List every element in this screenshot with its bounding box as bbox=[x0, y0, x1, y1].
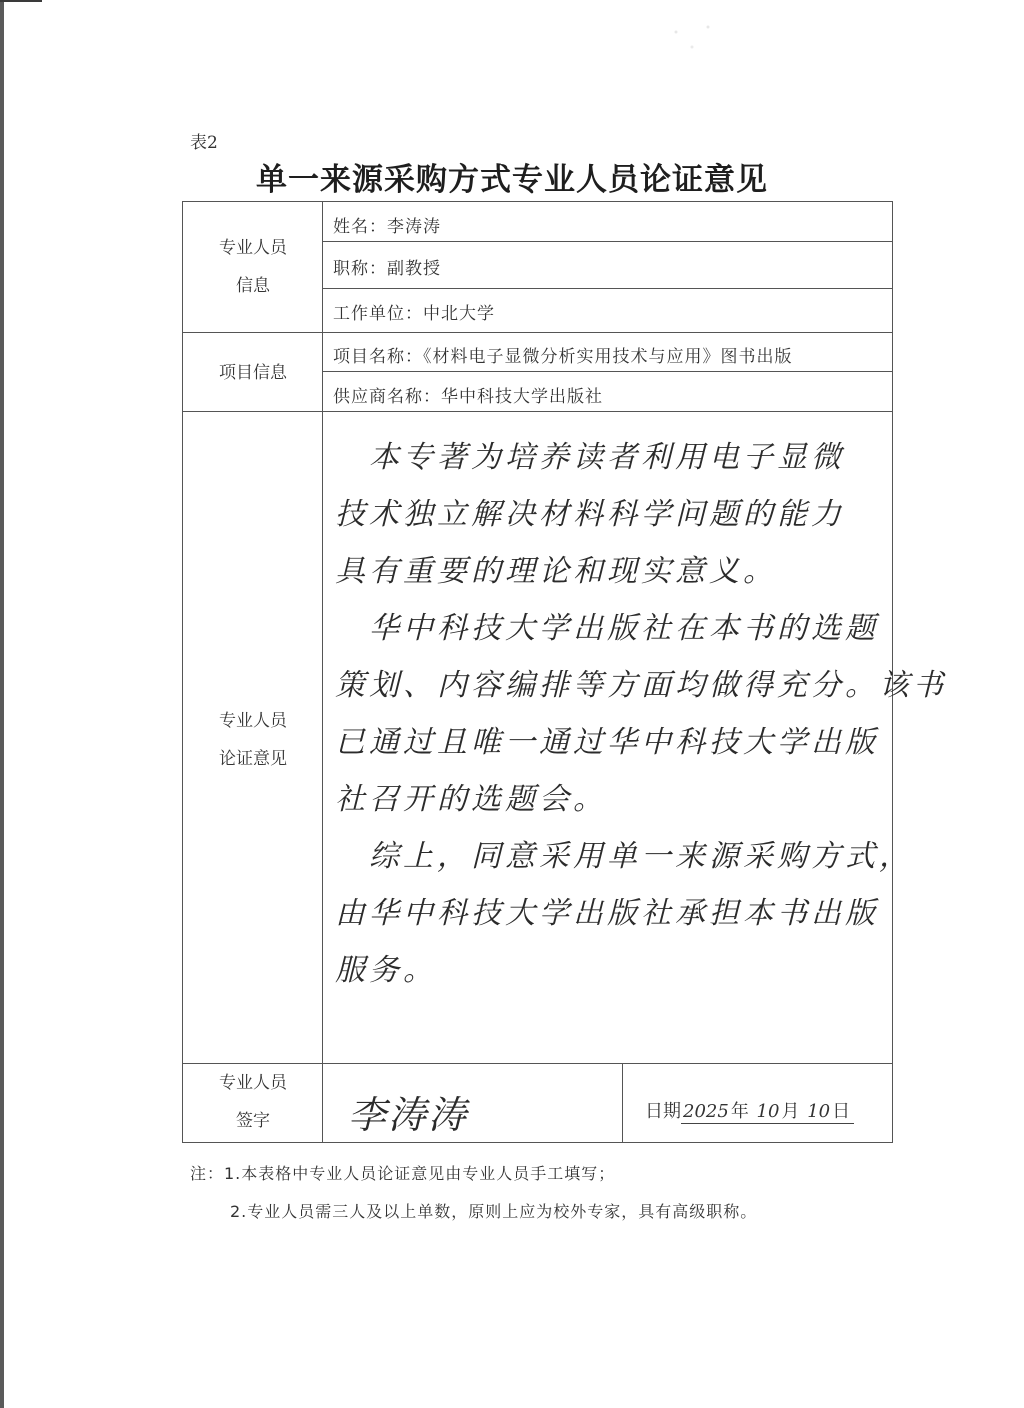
opinion-line: 由华中科技大学出版社承担本书出版 bbox=[335, 885, 890, 942]
opinion-line: 社召开的选题会。 bbox=[335, 771, 890, 828]
expert-employer-field: 工作单位：中北大学 bbox=[333, 299, 495, 324]
row-divider bbox=[322, 371, 892, 372]
row-divider bbox=[322, 288, 892, 289]
note-1: 注：1.本表格中专业人员论证意见由专业人员手工填写； bbox=[190, 1155, 757, 1193]
expert-opinion-form: 专业人员 信息 姓名：李涛涛 职称：副教授 工作单位：中北大学 项目信息 项目名… bbox=[182, 201, 893, 1143]
scan-border-left bbox=[0, 0, 4, 1408]
expert-title-field: 职称：副教授 bbox=[333, 254, 441, 279]
date-label: 日期 bbox=[645, 1101, 681, 1122]
project-name-field: 项目名称：《材料电子显微分析实用技术与应用》图书出版 bbox=[333, 342, 793, 367]
scan-noise bbox=[660, 12, 740, 62]
opinion-line: 华中科技大学出版社在本书的选题 bbox=[335, 600, 890, 657]
section-divider bbox=[183, 411, 892, 412]
project-info-label: 项目信息 bbox=[183, 354, 323, 392]
date-fill-line: 2025年 10月 10日 bbox=[681, 1097, 854, 1124]
document-title: 单一来源采购方式专业人员论证意见 bbox=[0, 154, 1024, 199]
supplier-name-field: 供应商名称：华中科技大学出版社 bbox=[333, 382, 603, 407]
row-divider bbox=[322, 241, 892, 242]
form-notes: 注：1.本表格中专业人员论证意见由专业人员手工填写； 2.专业人员需三人及以上单… bbox=[190, 1155, 757, 1231]
label-column-divider bbox=[322, 202, 323, 1142]
date-field: 日期 2025年 10月 10日 bbox=[645, 1097, 854, 1124]
opinion-line: 已通过且唯一通过华中科技大学出版 bbox=[335, 714, 890, 771]
date-year: 2025 bbox=[683, 1101, 729, 1122]
expert-info-label: 专业人员 信息 bbox=[183, 229, 323, 305]
opinion-line: 技术独立解决材料科学问题的能力 bbox=[335, 486, 890, 543]
section-divider bbox=[183, 332, 892, 333]
handwritten-signature: 李涛涛 bbox=[348, 1084, 468, 1139]
opinion-line: 综上，同意采用单一来源采购方式， bbox=[335, 828, 890, 885]
opinion-line: 策划、内容编排等方面均做得充分。该书 bbox=[335, 657, 890, 714]
date-month: 10 bbox=[757, 1101, 780, 1122]
date-day: 10 bbox=[807, 1101, 830, 1122]
opinion-line: 本专著为培养读者利用电子显微 bbox=[335, 429, 890, 486]
note-2: 2.专业人员需三人及以上单数，原则上应为校外专家，具有高级职称。 bbox=[190, 1193, 757, 1231]
table-number: 表2 bbox=[190, 128, 218, 153]
signature-label: 专业人员 签字 bbox=[183, 1064, 323, 1140]
signature-date-divider bbox=[622, 1063, 623, 1142]
opinion-line: 具有重要的理论和现实意义。 bbox=[335, 543, 890, 600]
handwritten-opinion: 本专著为培养读者利用电子显微 技术独立解决材料科学问题的能力 具有重要的理论和现… bbox=[335, 429, 890, 999]
scan-border-top bbox=[0, 0, 42, 2]
expert-name-field: 姓名：李涛涛 bbox=[333, 212, 441, 237]
opinion-line: 服务。 bbox=[335, 942, 890, 999]
opinion-label: 专业人员 论证意见 bbox=[183, 702, 323, 778]
